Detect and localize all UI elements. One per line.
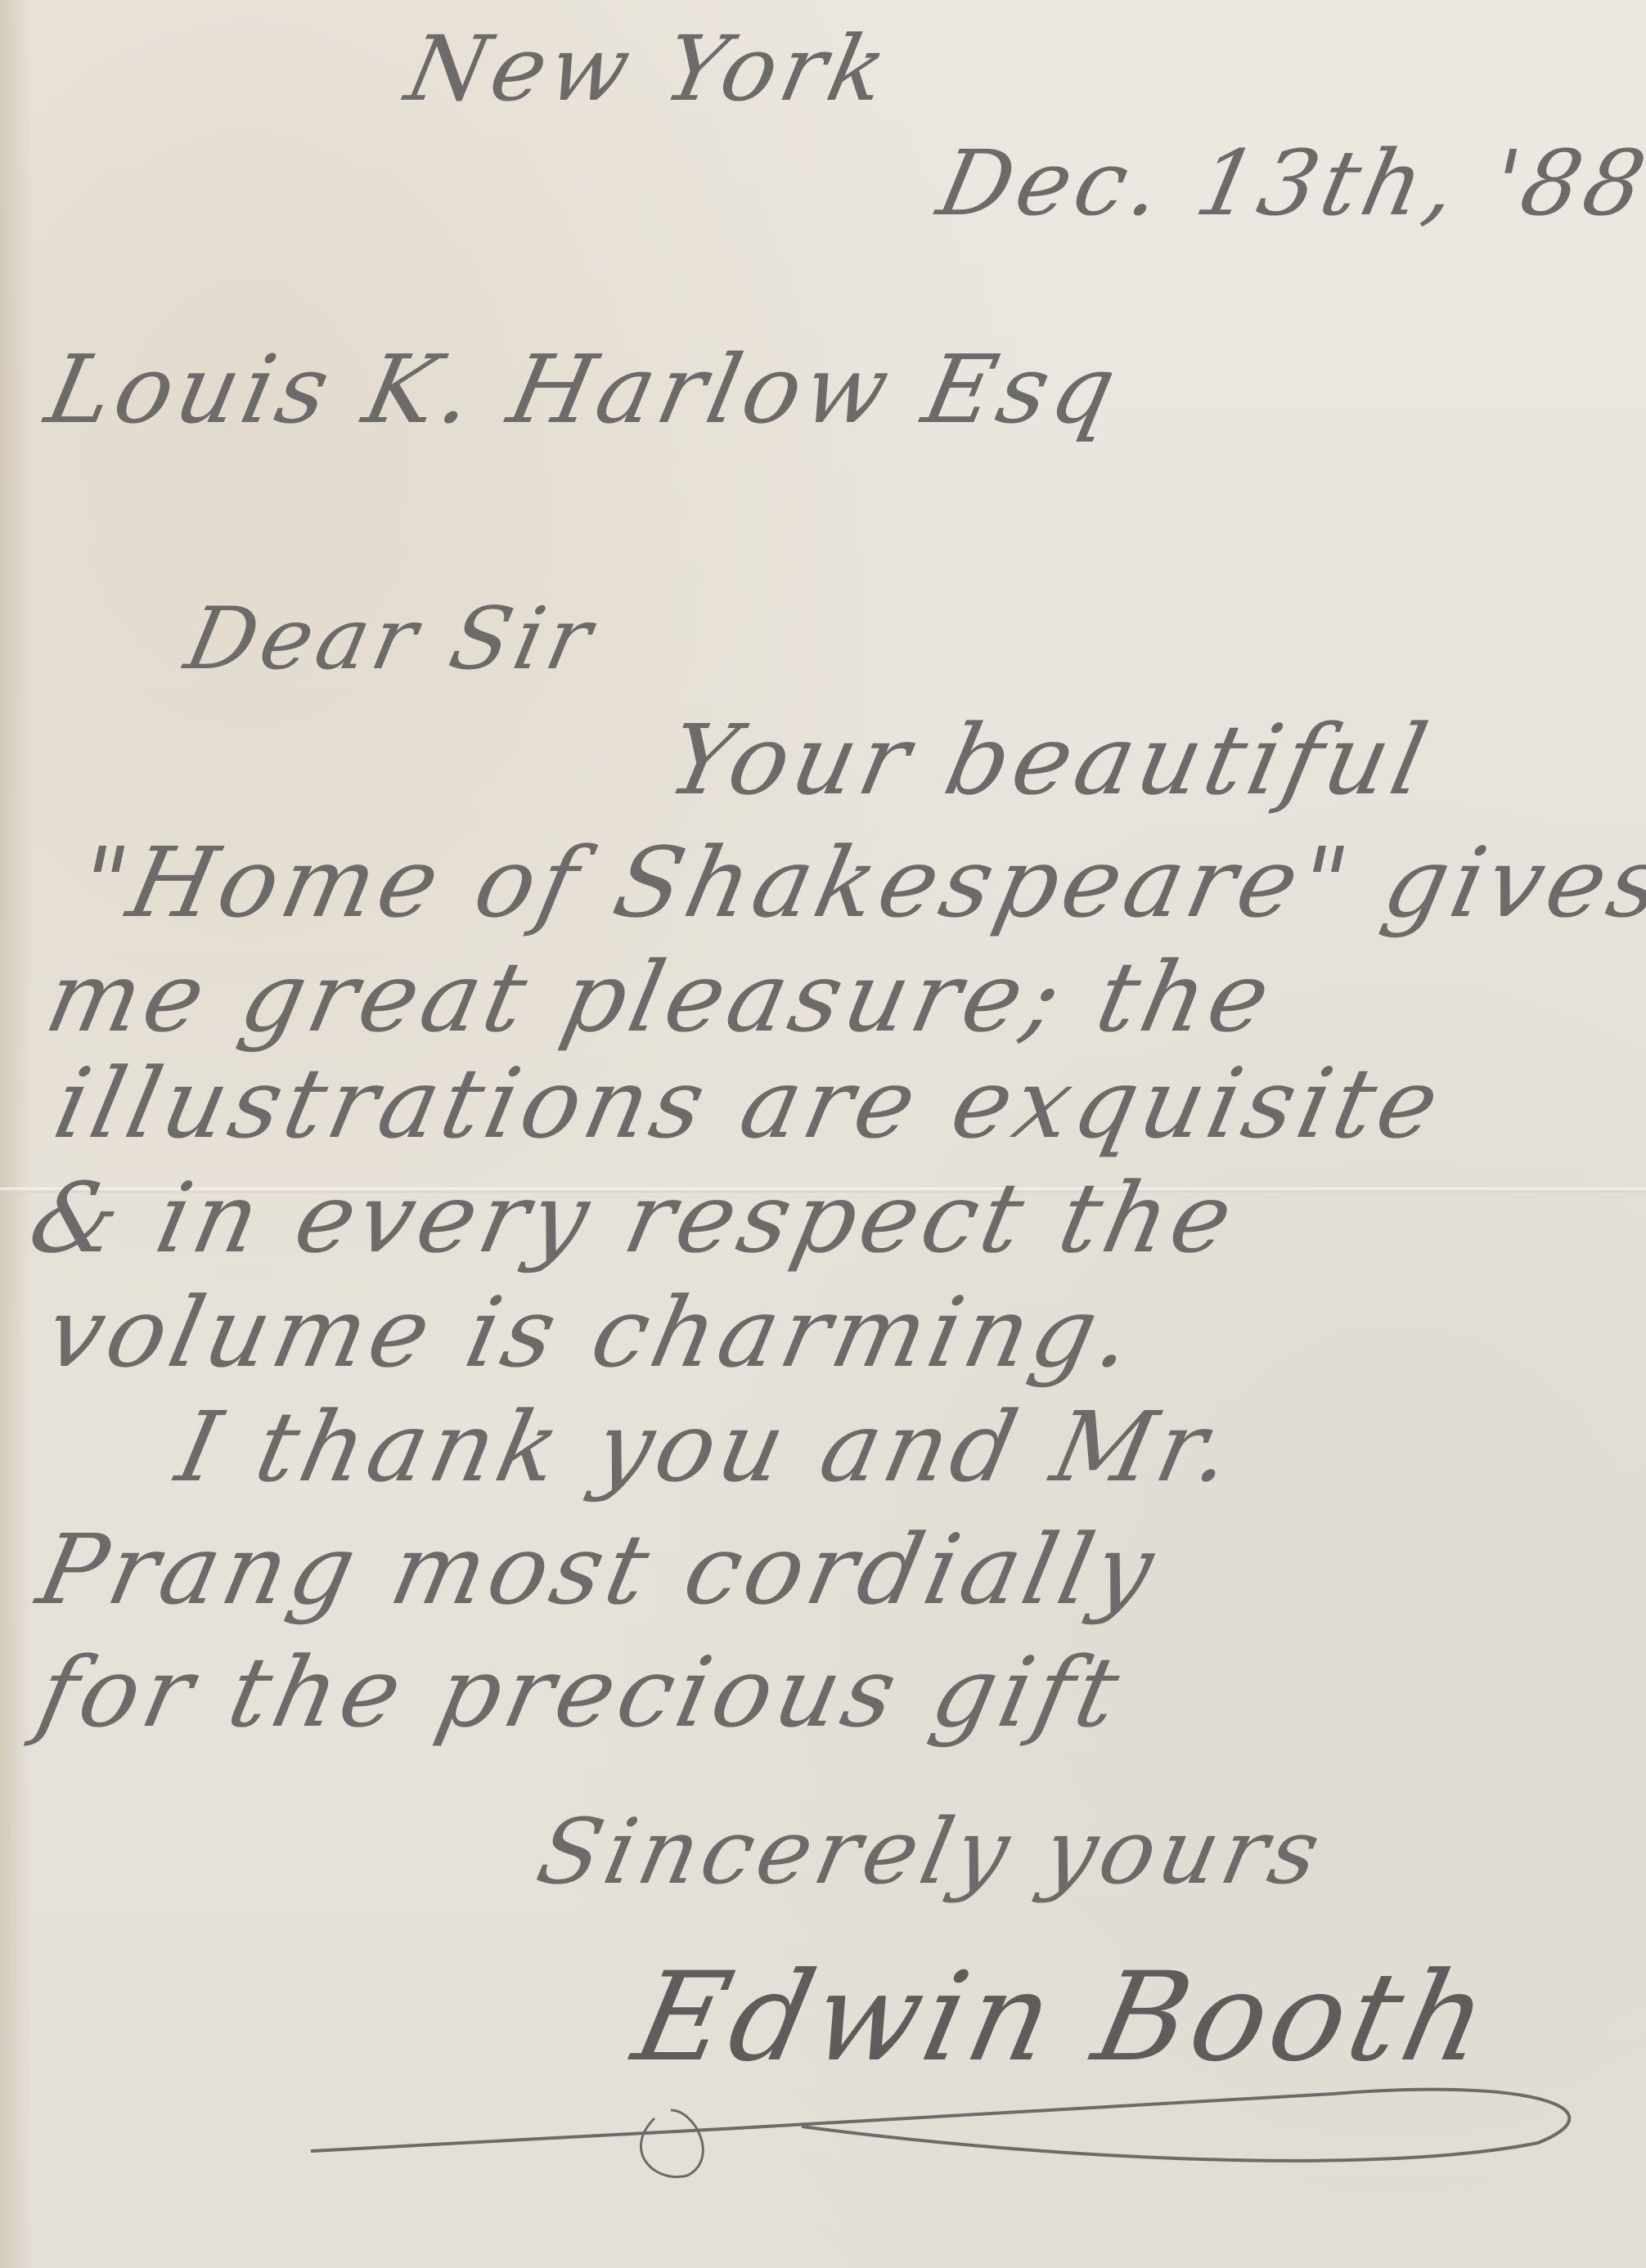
body-line-9: for the precious gift	[29, 1636, 1133, 1749]
body-line-1: Your beautiful	[659, 703, 1441, 816]
signature-flourish-icon	[311, 2061, 1636, 2184]
body-line-2: "Home of Shakespeare" gives	[70, 826, 1646, 939]
body-line-4: illustrations are exquisite	[45, 1047, 1453, 1160]
paper-edge-stain	[0, 0, 33, 2268]
body-line-5: & in every respect the	[20, 1161, 1246, 1274]
letter-place: New York	[398, 16, 900, 121]
body-line-3-text: me great pleasure; the	[37, 941, 1284, 1053]
letter-recipient: Louis K. Harlow Esq	[38, 335, 1130, 445]
letter-salutation: Dear Sir	[178, 589, 605, 689]
body-line-7: I thank you and Mr.	[168, 1390, 1247, 1503]
body-line-3: me great pleasure; the	[37, 941, 1284, 1053]
body-line-8: Prang most cordially	[29, 1513, 1167, 1626]
letter-page: New York Dec. 13th, '88 Louis K. Harlow …	[0, 0, 1646, 2268]
letter-date: Dec. 13th, '88	[929, 131, 1646, 236]
body-line-6: volume is charming.	[37, 1276, 1147, 1389]
letter-closing: Sincerely yours	[528, 1799, 1333, 1904]
